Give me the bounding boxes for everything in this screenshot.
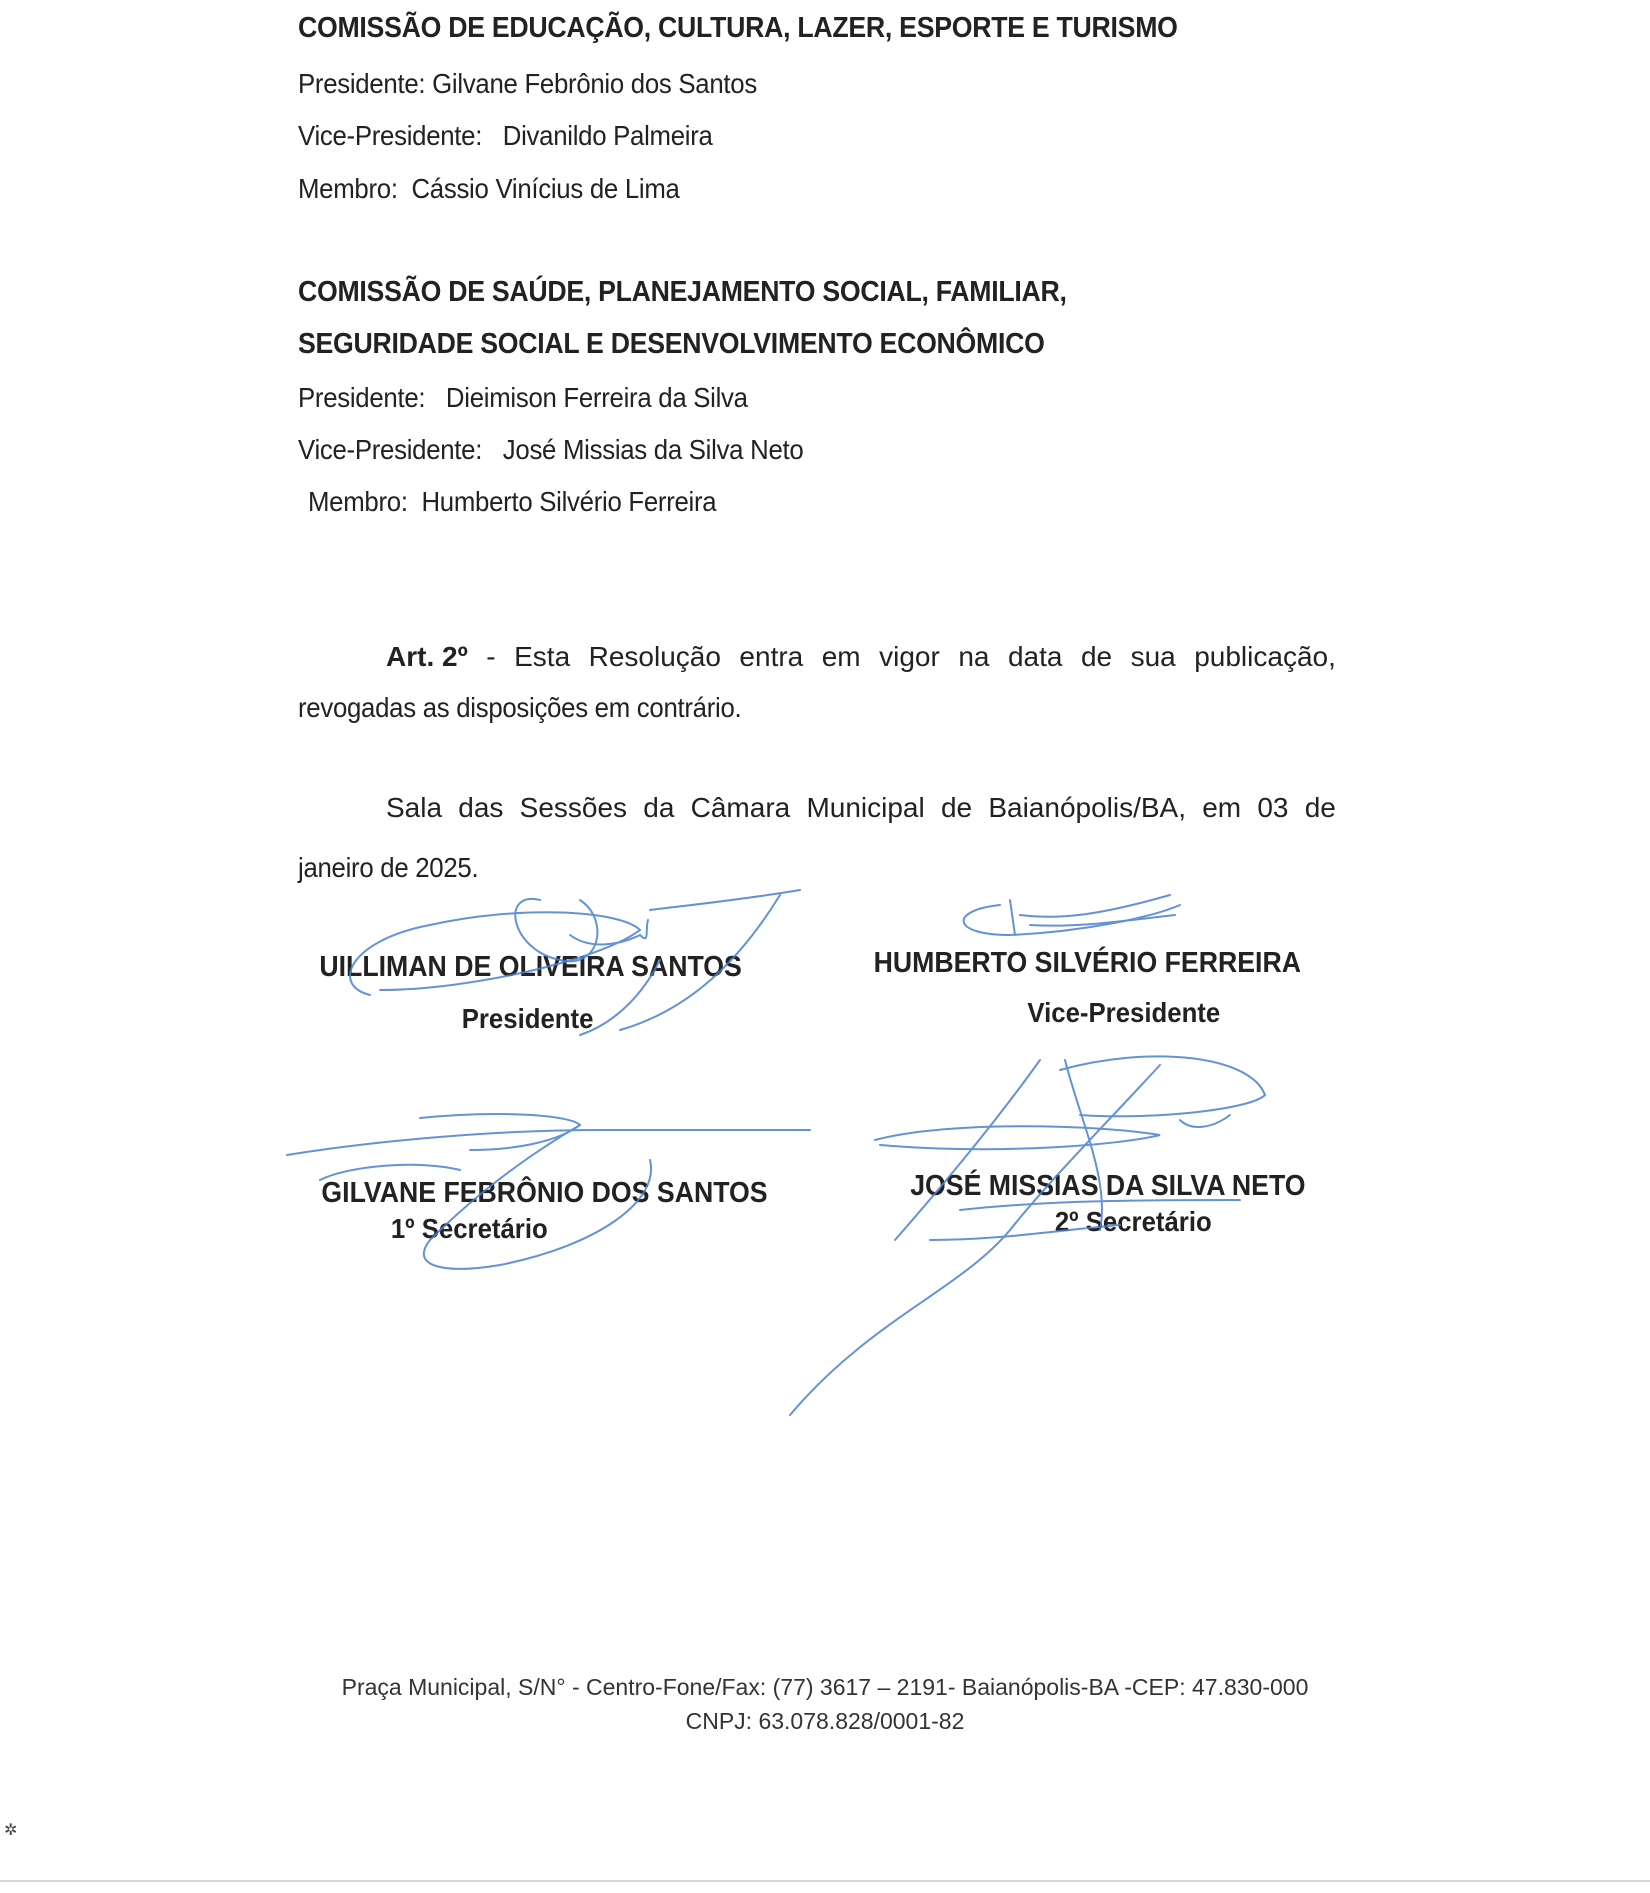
article-word: Esta [514,641,570,673]
closing-word: em [1202,792,1241,824]
signatory-name-2nd-secretary: JOSÉ MISSIAS DA SILVA NETO [910,1170,1305,1203]
member-name: Gilvane Febrônio dos Santos [432,68,757,99]
footer-cnpj: CNPJ: 63.078.828/0001-82 [0,1708,1650,1735]
article-word: data [1008,641,1063,673]
member-role: Presidente: [298,382,425,413]
closing-word: da [643,792,674,824]
member-role: Vice-Presidente: [298,434,482,465]
closing-line2: janeiro de 2025. [298,852,478,884]
article-word: na [958,641,989,673]
committee-education-vice-president: Vice-Presidente: Divanildo Palmeira [298,120,713,152]
signatory-name-vice-president: HUMBERTO SILVÉRIO FERREIRA [874,947,1301,980]
document-page: COMISSÃO DE EDUCAÇÃO, CULTURA, LAZER, ES… [0,0,1650,1893]
signatory-role-president: Presidente [462,1003,594,1035]
article-word: Resolução [589,641,721,673]
member-name: Dieimison Ferreira da Silva [446,382,748,413]
member-name: José Missias da Silva Neto [503,434,804,465]
member-name: Humberto Silvério Ferreira [421,486,716,517]
article-word: - [486,641,495,673]
member-role: Membro: [308,486,408,517]
member-role: Presidente: [298,68,425,99]
closing-word: Baianópolis/BA, [988,792,1186,824]
closing-line1: SaladasSessõesdaCâmaraMunicipaldeBaianóp… [386,792,1336,824]
article-2-line2: revogadas as disposições em contrário. [298,692,741,724]
member-name: Cássio Vinícius de Lima [411,173,679,204]
footer-address: Praça Municipal, S/N° - Centro-Fone/Fax:… [0,1674,1650,1701]
page-edge [0,1880,1650,1882]
signature-vice-president [964,895,1180,935]
signatory-role-2nd-secretary: 2º Secretário [1055,1206,1212,1238]
committee-education-president: Presidente: Gilvane Febrônio dos Santos [298,68,757,100]
committee-education-title: COMISSÃO DE EDUCAÇÃO, CULTURA, LAZER, ES… [298,12,1178,45]
article-word: vigor [879,641,940,673]
member-name: Divanildo Palmeira [503,120,713,151]
signatory-name-1st-secretary: GILVANE FEBRÔNIO DOS SANTOS [321,1177,767,1210]
committee-health-title-line2: SEGURIDADE SOCIAL E DESENVOLVIMENTO ECON… [298,328,1045,361]
closing-word: Sala [386,792,442,824]
article-word: publicação, [1194,641,1336,673]
closing-word: de [941,792,972,824]
signatory-role-vice-president: Vice-Presidente [1027,997,1220,1029]
signatory-name-president: UILLIMAN DE OLIVEIRA SANTOS [319,951,741,984]
signatory-role-1st-secretary: 1º Secretário [391,1213,548,1245]
closing-word: 03 [1257,792,1288,824]
article-word: sua [1131,641,1176,673]
committee-health-title-line1: COMISSÃO DE SAÚDE, PLANEJAMENTO SOCIAL, … [298,276,1067,309]
scan-artifact: ✲ [4,1820,17,1840]
closing-word: Câmara [691,792,791,824]
article-2-line1: Art. 2º -EstaResoluçãoentraemvigornadata… [386,641,1336,673]
committee-health-president: Presidente: Dieimison Ferreira da Silva [298,382,748,414]
committee-education-member: Membro: Cássio Vinícius de Lima [298,173,680,205]
committee-health-member: Membro: Humberto Silvério Ferreira [308,486,716,518]
article-word: em [822,641,861,673]
closing-word: das [458,792,503,824]
member-role: Vice-Presidente: [298,120,482,151]
article-word: entra [739,641,803,673]
committee-health-vice-president: Vice-Presidente: José Missias da Silva N… [298,434,803,466]
article-label: Art. 2º [386,641,468,673]
closing-word: Municipal [806,792,924,824]
member-role: Membro: [298,173,398,204]
article-word: de [1081,641,1112,673]
closing-word: Sessões [520,792,627,824]
closing-word: de [1305,792,1336,824]
